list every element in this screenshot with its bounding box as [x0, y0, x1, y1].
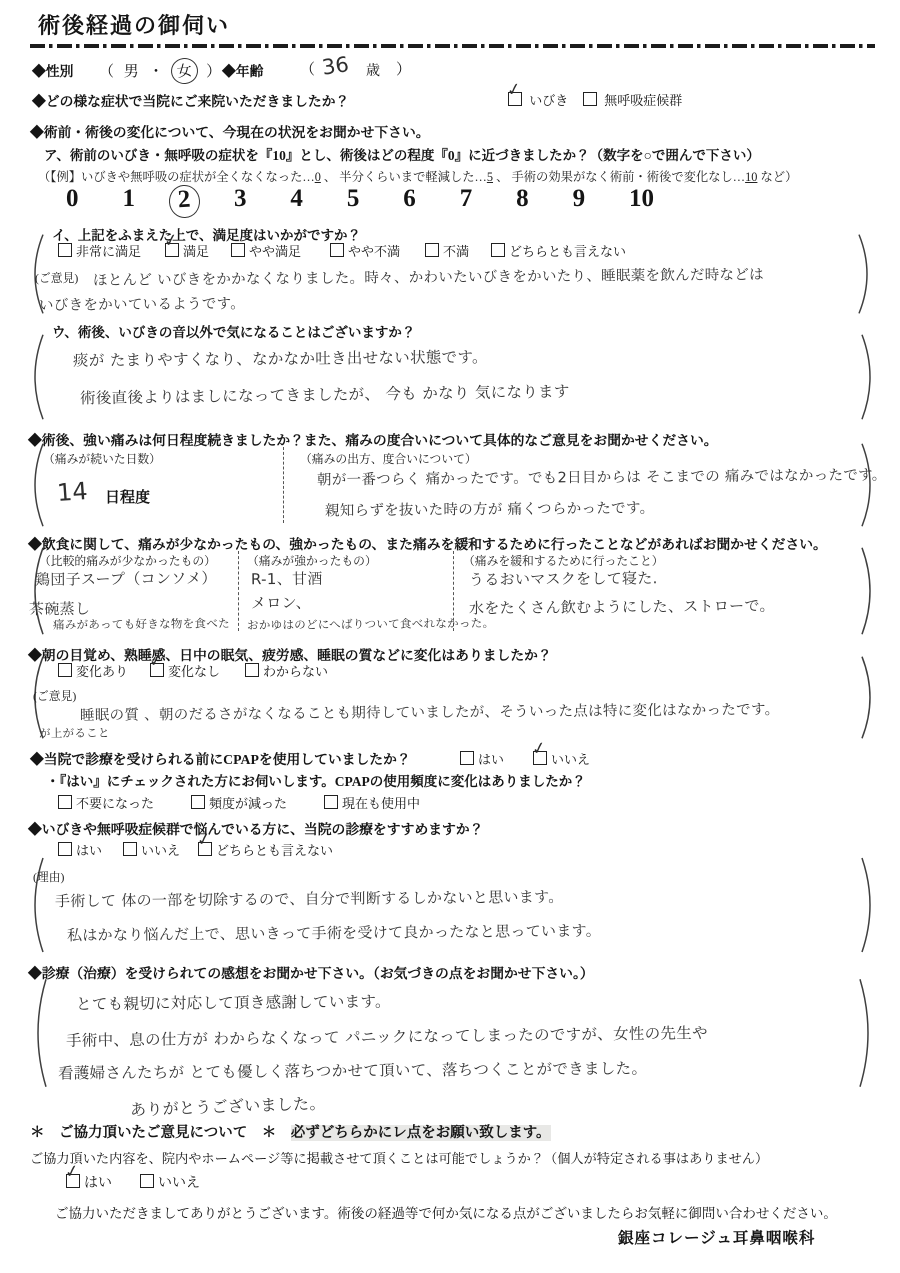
consent-note-prefix: ＊ ご協力頂いたご意見について ＊: [30, 1125, 291, 1141]
handwritten-line: 看護婦さんたちが とても優しく落ちつかせて頂いて、落ちつくことができました。: [58, 1056, 647, 1083]
scale-7[interactable]: 7: [460, 185, 473, 218]
cpap-option-no[interactable]: ✓いいえ: [533, 749, 590, 768]
questionnaire-page: 術後経過の御伺い ◆性別 （ 男 ・ 女 ） ◆年齢 （ 36 歳 ） ◆どの様…: [0, 0, 900, 1273]
left-bracket: [25, 442, 45, 528]
scale-0[interactable]: 0: [66, 185, 79, 218]
handwritten-line: 朝が一番つらく 痛かったです。でも2日目からは そこまでの 痛みではなかったです…: [317, 464, 887, 490]
checkbox[interactable]: [425, 243, 439, 257]
scale-6[interactable]: 6: [403, 185, 416, 218]
handwritten-line: R-1、甘酒: [251, 568, 323, 590]
handwritten-line: 水をたくさん飲むようにした、ストローで。: [469, 595, 775, 619]
handwritten-line: メロン、: [251, 592, 311, 614]
column-divider: [238, 551, 239, 631]
change-sub-a: ア、術前のいびき・無呼吸の症状を『10』とし、術後はどの程度『0』に近づきました…: [44, 144, 760, 164]
cpap-option-yes[interactable]: はい: [460, 749, 504, 768]
satisfaction-option[interactable]: やや満足: [231, 241, 301, 260]
checkbox[interactable]: [123, 842, 137, 856]
right-bracket: [858, 977, 878, 1089]
scale-9[interactable]: 9: [573, 185, 586, 218]
checkbox[interactable]: [245, 663, 259, 677]
cpap-followup-option[interactable]: 現在も使用中: [324, 793, 420, 812]
diet-col2-label: （痛みが強かったもの）: [247, 552, 377, 569]
checkbox[interactable]: [58, 795, 72, 809]
consent-question: ご協力頂いた内容を、院内やホームページ等に掲載させて頂くことは可能でしょうか？（…: [30, 1148, 768, 1167]
checkbox[interactable]: [58, 663, 72, 677]
pain-detail-label: （痛みの出方、度合いについて）: [300, 450, 477, 467]
handwritten-line: 睡眠の質 、朝のだるさがなくなることも期待していましたが、そういった点は特に変化…: [80, 698, 780, 725]
checkbox-label: 不要になった: [76, 796, 154, 811]
cpap-followup-option[interactable]: 頻度が減った: [191, 793, 287, 812]
satisfaction-option[interactable]: どちらとも言えない: [491, 241, 626, 260]
checkbox-label: いびき: [529, 93, 568, 108]
symptom-option-mukokyu[interactable]: 無呼吸症候群: [583, 90, 682, 109]
checkbox-label: いいえ: [551, 752, 590, 767]
handwritten-line: 痰が たまりやすくなり、なかなか吐き出せない状態です。: [73, 345, 488, 371]
gender-option-male[interactable]: 男: [124, 64, 139, 80]
symptom-option-ibiki[interactable]: ✓ いびき: [508, 90, 568, 109]
title-divider: [30, 44, 875, 48]
scale-2-circled[interactable]: 2: [168, 184, 201, 219]
age-paren-open: （: [300, 58, 315, 79]
gender-option-female-circled[interactable]: 女: [170, 56, 200, 85]
scale-4[interactable]: 4: [290, 185, 303, 218]
checkbox[interactable]: ✓: [150, 663, 164, 677]
example-text: （【例】いびきや無呼吸の症状が全くなくなった…: [38, 170, 315, 184]
checkbox-label: やや不満: [348, 244, 400, 259]
sleep-answer-box: 変化あり ✓変化なし わからない (ご意見) 睡眠の質 、朝のだるさがなくなるこ…: [25, 655, 880, 740]
checkbox-label: 満足: [183, 244, 209, 259]
recommend-reason-box: (理由) 手術して 体の一部を切除するので、自分で判断するしかないと思います。 …: [25, 856, 880, 954]
checkbox-label: 現在も使用中: [342, 796, 420, 811]
handwritten-note: 痛みがあっても好きな物を食べた: [53, 615, 230, 633]
example-text: など）: [757, 170, 797, 184]
sleep-option[interactable]: わからない: [245, 661, 328, 680]
scale-10[interactable]: 10: [629, 185, 654, 218]
gender-separator: ・: [149, 64, 164, 80]
rating-scale: 0 1 2 3 4 5 6 7 8 9 10: [66, 185, 654, 218]
right-bracket: [860, 655, 880, 740]
column-divider: [283, 447, 284, 523]
right-bracket: [857, 233, 877, 315]
scale-3[interactable]: 3: [234, 185, 247, 218]
page-title: 術後経過の御伺い: [38, 9, 230, 40]
checkbox-label: 無呼吸症候群: [604, 93, 682, 108]
checkbox[interactable]: [491, 243, 505, 257]
satisfaction-option[interactable]: 不満: [425, 241, 469, 260]
checkbox-label: やや満足: [249, 244, 301, 259]
gender-label: ◆性別: [32, 60, 73, 80]
change-heading: ◆術前・術後の変化について、今現在の状況をお聞かせ下さい。: [30, 121, 430, 141]
checkbox-label: 非常に満足: [76, 244, 141, 259]
sleep-option[interactable]: 変化あり: [58, 661, 128, 680]
right-bracket: [860, 856, 880, 954]
handwritten-line: とても親切に対応して頂き感謝しています。: [76, 990, 391, 1015]
right-bracket: [860, 442, 880, 528]
checkbox-label: わからない: [263, 664, 328, 679]
handwritten-line: 術後直後よりはましになってきましたが、 今も かなり 気になります: [80, 380, 570, 409]
age-value-handwritten[interactable]: 36: [320, 52, 350, 79]
checkbox[interactable]: [231, 243, 245, 257]
satisfaction-option[interactable]: 非常に満足: [58, 241, 141, 260]
pain-days-unit: 日程度: [105, 486, 150, 507]
handwritten-line: 私はかなり悩んだ上で、思いきって手術を受けて良かったなと思っています。: [67, 920, 601, 946]
checkbox[interactable]: ✓: [533, 751, 547, 765]
consent-option-yes[interactable]: ✓はい: [66, 1172, 112, 1192]
left-bracket: [25, 333, 45, 421]
checkmark: ✓: [506, 81, 523, 100]
checkbox[interactable]: [330, 243, 344, 257]
right-bracket: [860, 333, 880, 421]
checkmark: ✓: [196, 831, 213, 850]
handwritten-line: 手術中、息の仕方が わからなくなって パニックになってしまったのですが、女性の先…: [66, 1021, 708, 1051]
handwritten-line: 鶏団子スープ（コンソメ）: [35, 567, 217, 590]
handwritten-line: うるおいマスクをして寝た.: [469, 567, 658, 590]
scale-5[interactable]: 5: [347, 185, 360, 218]
gender-options: （ 男 ・ 女 ）: [99, 58, 221, 84]
checkbox-label: 変化あり: [76, 664, 128, 679]
checkmark: ✓: [163, 232, 180, 251]
checkmark: ✓: [64, 1163, 81, 1182]
impression-answer-box: とても親切に対応して頂き感謝しています。 手術中、息の仕方が わからなくなって …: [28, 977, 878, 1089]
handwritten-note: おかゆはのどにへばりついて食べれなかった。: [247, 615, 494, 633]
checkbox[interactable]: [58, 842, 72, 856]
age-unit: 歳: [366, 60, 380, 80]
checkmark: ✓: [148, 652, 165, 671]
handwritten-line: いびきをかいているようです。: [39, 292, 245, 315]
paren-close: ）: [206, 64, 221, 80]
checkbox-label: はい: [478, 752, 504, 767]
satisfaction-option[interactable]: ✓満足: [165, 241, 209, 260]
checkbox-label: どちらとも言えない: [509, 244, 626, 259]
cpap-followup: ・『はい』にチェックされた方にお伺いします。CPAPの使用頻度に変化はありました…: [46, 770, 586, 790]
checkbox[interactable]: ✓: [198, 842, 212, 856]
cpap-followup-option[interactable]: 不要になった: [58, 793, 154, 812]
example-num-10: 10: [745, 170, 757, 184]
handwritten-thanks: ありがとうございました。: [130, 1091, 326, 1121]
checkbox[interactable]: ✓: [66, 1174, 80, 1188]
opinion-label: (ご意見): [35, 269, 78, 286]
symptom-question: ◆どの様な症状で当院にご来院いただきましたか？: [32, 90, 349, 110]
pain-days-value-handwritten[interactable]: 14: [56, 477, 88, 507]
checkbox[interactable]: [460, 751, 474, 765]
handwritten-insertion: が上がること: [39, 725, 110, 742]
scale-8[interactable]: 8: [516, 185, 529, 218]
satisfaction-answer-box: 非常に満足 ✓満足 やや満足 やや不満 不満 どちらとも言えない (ご意見) ほ…: [25, 233, 877, 315]
left-bracket: [28, 977, 48, 1089]
checkbox[interactable]: [58, 243, 72, 257]
checkbox[interactable]: [191, 795, 205, 809]
scale-1[interactable]: 1: [122, 185, 135, 218]
reason-label: (理由): [33, 868, 64, 885]
consent-note: ＊ ご協力頂いたご意見について ＊ 必ずどちらかにレ点をお願い致します。: [30, 1121, 551, 1142]
example-text: 、 手術の効果がなく術前・術後で変化なし…: [493, 170, 745, 184]
sleep-option[interactable]: ✓変化なし: [150, 661, 220, 680]
checkbox-label: 変化なし: [168, 664, 220, 679]
checkbox[interactable]: ✓: [165, 243, 179, 257]
checkbox[interactable]: [583, 92, 597, 106]
paren-open: （: [99, 64, 114, 80]
right-bracket: [860, 546, 880, 636]
satisfaction-option[interactable]: やや不満: [330, 241, 400, 260]
pain-answer-box: （痛みが続いた日数） 14 日程度 （痛みの出方、度合いについて） 朝が一番つら…: [25, 442, 880, 528]
footer-note: ご協力いただきましてありがとうございます。術後の経過等で何か気になる点がございま…: [55, 1202, 837, 1222]
pain-days-label: （痛みが続いた日数）: [43, 450, 161, 467]
age-label: ◆年齢: [222, 60, 263, 80]
checkbox-label: いいえ: [158, 1176, 200, 1191]
consent-option-no[interactable]: いいえ: [140, 1172, 200, 1192]
checkbox-label: 頻度が減った: [209, 796, 287, 811]
consent-note-highlight: 必ずどちらかにレ点をお願い致します。: [291, 1125, 551, 1141]
checkbox-label: はい: [84, 1176, 112, 1191]
checkbox[interactable]: [324, 795, 338, 809]
handwritten-line: ほとんど いびきをかかなくなりました。時々、かわいたいびきをかいたり、睡眠薬を飲…: [93, 263, 764, 290]
opinion-label: (ご意見): [33, 687, 76, 704]
age-paren-close: ）: [396, 58, 411, 79]
checkmark: ✓: [531, 740, 548, 759]
checkbox-label: 不満: [443, 244, 469, 259]
recommend-question: ◆いびきや無呼吸症候群で悩んでいる方に、当院の診療をすすめますか？: [28, 818, 483, 838]
change-example: （【例】いびきや無呼吸の症状が全くなくなった…0 、 半分くらいまで軽減した…5…: [38, 167, 797, 185]
concerns-answer-box: 痰が たまりやすくなり、なかなか吐き出せない状態です。 術後直後よりはましになっ…: [25, 333, 880, 421]
clinic-name: 銀座コレージュ耳鼻咽喉科: [618, 1226, 815, 1248]
handwritten-line: 親知らずを抜いた時の方が 痛くつらかったです。: [325, 497, 655, 521]
handwritten-line: 手術して 体の一部を切除するので、自分で判断するしかないと思います。: [55, 886, 564, 911]
example-text: 、 半分くらいまで軽減した…: [321, 170, 487, 184]
diet-answer-box: （比較的痛みが少なかったもの） 鶏団子スープ（コンソメ） 茶碗蒸し 痛みがあって…: [25, 546, 880, 636]
checkbox[interactable]: [140, 1174, 154, 1188]
checkbox[interactable]: ✓: [508, 92, 522, 106]
cpap-question: ◆当院で診療を受けられる前にCPAPを使用していましたか？: [30, 748, 411, 768]
